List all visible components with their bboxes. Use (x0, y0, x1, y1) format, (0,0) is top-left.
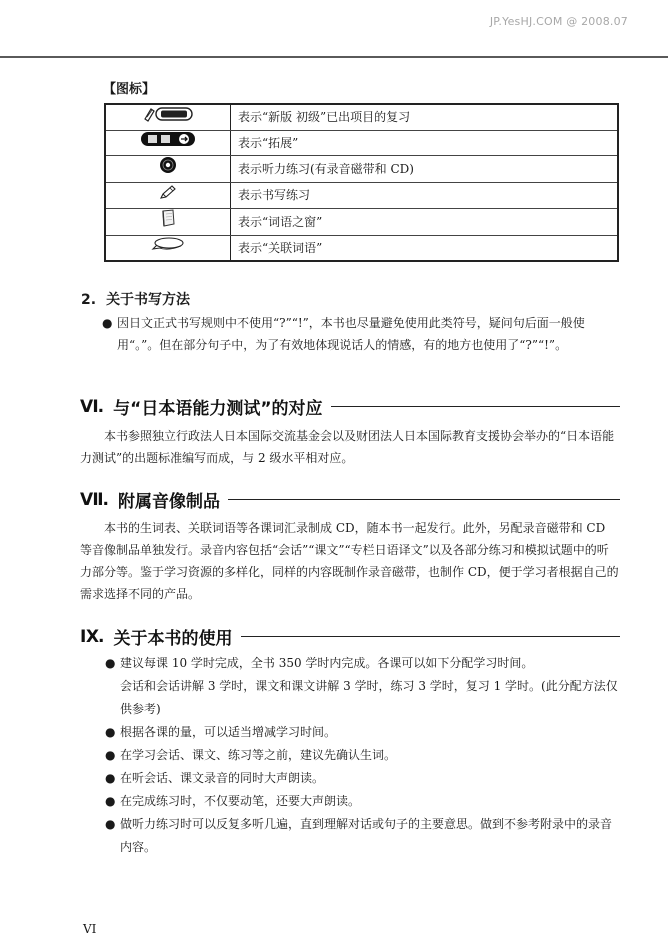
section-title: 附属音像制品 (118, 487, 220, 512)
legend-description: 表示听力练习(有录音磁带和 CD) (231, 156, 619, 183)
section-2-bullets: 因日文正式书写规则中不使用“?”“!”，本书也尽量避免使用此类符号，疑问句后面一… (103, 312, 623, 356)
table-row: 表示“词语之窗” (105, 208, 618, 235)
time-allocation-note: 会话和会话讲解 3 学时，课文和课文讲解 3 学时，练习 3 学时，复习 1 学… (106, 675, 622, 721)
list-item: 做听力练习时可以反复多听几遍，直到理解对话或句子的主要意思。做到不参考附录中的录… (106, 813, 622, 859)
heading-rule (241, 636, 620, 637)
section-title: 与“日本语能力测试”的对应 (113, 394, 322, 419)
section-VII-heading: Ⅶ. 附属音像制品 (80, 487, 620, 512)
legend-description: 表示“新版 初级”已出项目的复习 (231, 104, 619, 130)
notebook-icon (160, 209, 176, 235)
section-VII-body: 本书的生词表、关联词语等各课词汇录制成 CD，随本书一起发行。此外，另配录音磁带… (80, 517, 620, 605)
section-numeral: Ⅸ. (80, 627, 104, 647)
legend-description: 表示“词语之窗” (231, 208, 619, 235)
legend-description: 表示“关联词语” (231, 235, 619, 261)
icon-legend-table: 表示“新版 初级”已出项目的复习 表示“拓展” (104, 103, 619, 262)
list-item: 在听会话、课文录音的同时大声朗读。 (106, 767, 622, 790)
section-title: 关于书写方法 (106, 292, 190, 308)
speech-bubble-icon (151, 236, 185, 260)
table-row: 表示书写练习 (105, 183, 618, 209)
table-row: 表示听力练习(有录音磁带和 CD) (105, 156, 618, 183)
legend-description: 表示书写练习 (231, 183, 619, 209)
section-numeral: Ⅵ. (80, 397, 103, 417)
section-2-heading: 2.关于书写方法 (81, 289, 190, 309)
list-item: 建议每课 10 学时完成，全书 350 学时内完成。各课可以如下分配学习时间。 (106, 652, 622, 675)
pencil-icon (159, 184, 177, 208)
cd-icon (159, 156, 177, 182)
legend-description: 表示“拓展” (231, 130, 619, 156)
list-item: 因日文正式书写规则中不使用“?”“!”，本书也尽量避免使用此类符号，疑问句后面一… (103, 312, 623, 356)
list-item: 根据各课的量，可以适当增减学习时间。 (106, 721, 622, 744)
list-item: 在学习会话、课文、练习等之前，建议先确认生词。 (106, 744, 622, 767)
section-title: 关于本书的使用 (114, 624, 233, 649)
heading-rule (331, 406, 620, 407)
section-number: 2. (81, 292, 96, 308)
page-number: VI (83, 922, 96, 936)
table-row: 表示“拓展” (105, 130, 618, 156)
legend-heading: 【图标】 (103, 78, 155, 97)
watermark: JP.YesHJ.COM @ 2008.07 (490, 15, 628, 28)
heading-rule (228, 499, 620, 500)
review-badge-icon (142, 106, 194, 130)
header-rule (0, 56, 668, 58)
section-IX-heading: Ⅸ. 关于本书的使用 (80, 624, 620, 649)
section-VI-heading: Ⅵ. 与“日本语能力测试”的对应 (80, 394, 620, 419)
section-IX-bullets: 建议每课 10 学时完成，全书 350 学时内完成。各课可以如下分配学习时间。 … (106, 652, 622, 859)
extension-badge-icon (140, 131, 196, 155)
list-item: 在完成练习时，不仅要动笔，还要大声朗读。 (106, 790, 622, 813)
table-row: 表示“新版 初级”已出项目的复习 (105, 104, 618, 130)
section-VI-body: 本书参照独立行政法人日本国际交流基金会以及财团法人日本国际教育支援协会举办的“日… (80, 425, 620, 469)
section-numeral: Ⅶ. (80, 490, 108, 510)
table-row: 表示“关联词语” (105, 235, 618, 261)
